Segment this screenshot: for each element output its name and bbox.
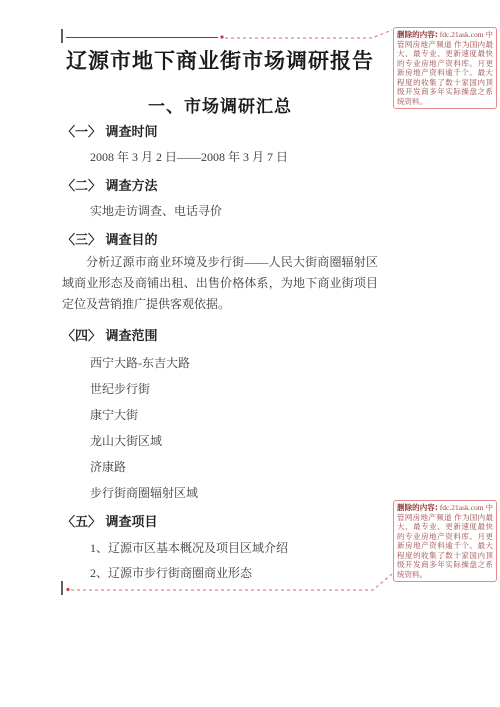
survey-item: 2、辽源市步行街商圈商业形态 xyxy=(90,566,378,581)
deletion-anchor-mark xyxy=(66,588,69,591)
section-heading-survey-method: 〈二〉 调查方法 xyxy=(62,178,378,195)
survey-time-value: 2008 年 3 月 2 日——2008 年 3 月 7 日 xyxy=(90,150,378,165)
survey-purpose-paragraph: 分析辽源市商业环境及步行街——人民大街商圈辐射区域商业形态及商铺出租、出售价格体… xyxy=(62,252,378,315)
section-main-heading: 一、市场调研汇总 xyxy=(62,96,378,118)
document-page: 辽源市地下商业街市场调研报告 一、市场调研汇总 〈一〉 调查时间 2008 年 … xyxy=(0,0,500,707)
section-heading-survey-items: 〈五〉 调查项目 xyxy=(62,514,378,531)
deleted-content-text: fdc.21ask.com 中管网房地产频道 作为国内最大、最专业、更新速度最快… xyxy=(397,503,493,579)
document-title: 辽源市地下商业街市场调研报告 xyxy=(62,48,378,74)
scope-item: 步行街商圈辐射区域 xyxy=(90,486,378,501)
scope-item: 西宁大路-东吉大路 xyxy=(90,356,378,371)
section-heading-survey-scope: 〈四〉 调查范围 xyxy=(62,328,378,345)
scope-item: 康宁大街 xyxy=(90,408,378,423)
survey-method-value: 实地走访调查、电话寻价 xyxy=(90,204,378,219)
deleted-content-label: 删除的内容: xyxy=(397,30,438,39)
section-heading-survey-time: 〈一〉 调查时间 xyxy=(62,124,378,141)
section-heading-survey-purpose: 〈三〉 调查目的 xyxy=(62,232,378,249)
deleted-content-balloon-bottom[interactable]: 删除的内容: fdc.21ask.com 中管网房地产频道 作为国内最大、最专业… xyxy=(393,500,497,582)
document-content: 辽源市地下商业街市场调研报告 一、市场调研汇总 〈一〉 调查时间 2008 年 … xyxy=(0,0,378,581)
deleted-content-label: 删除的内容: xyxy=(397,503,438,512)
scope-item: 济康路 xyxy=(90,460,378,475)
deleted-content-balloon-top[interactable]: 删除的内容: fdc.21ask.com 中管网房地产频道 作为国内最大、最专业… xyxy=(393,27,497,109)
scope-item: 龙山大街区域 xyxy=(90,434,378,449)
deleted-content-text: fdc.21ask.com 中管网房地产频道 作为国内最大、最专业、更新速度最快… xyxy=(397,30,493,106)
scope-item: 世纪步行街 xyxy=(90,382,378,397)
survey-item: 1、辽源市区基本概况及项目区域介绍 xyxy=(90,541,378,556)
